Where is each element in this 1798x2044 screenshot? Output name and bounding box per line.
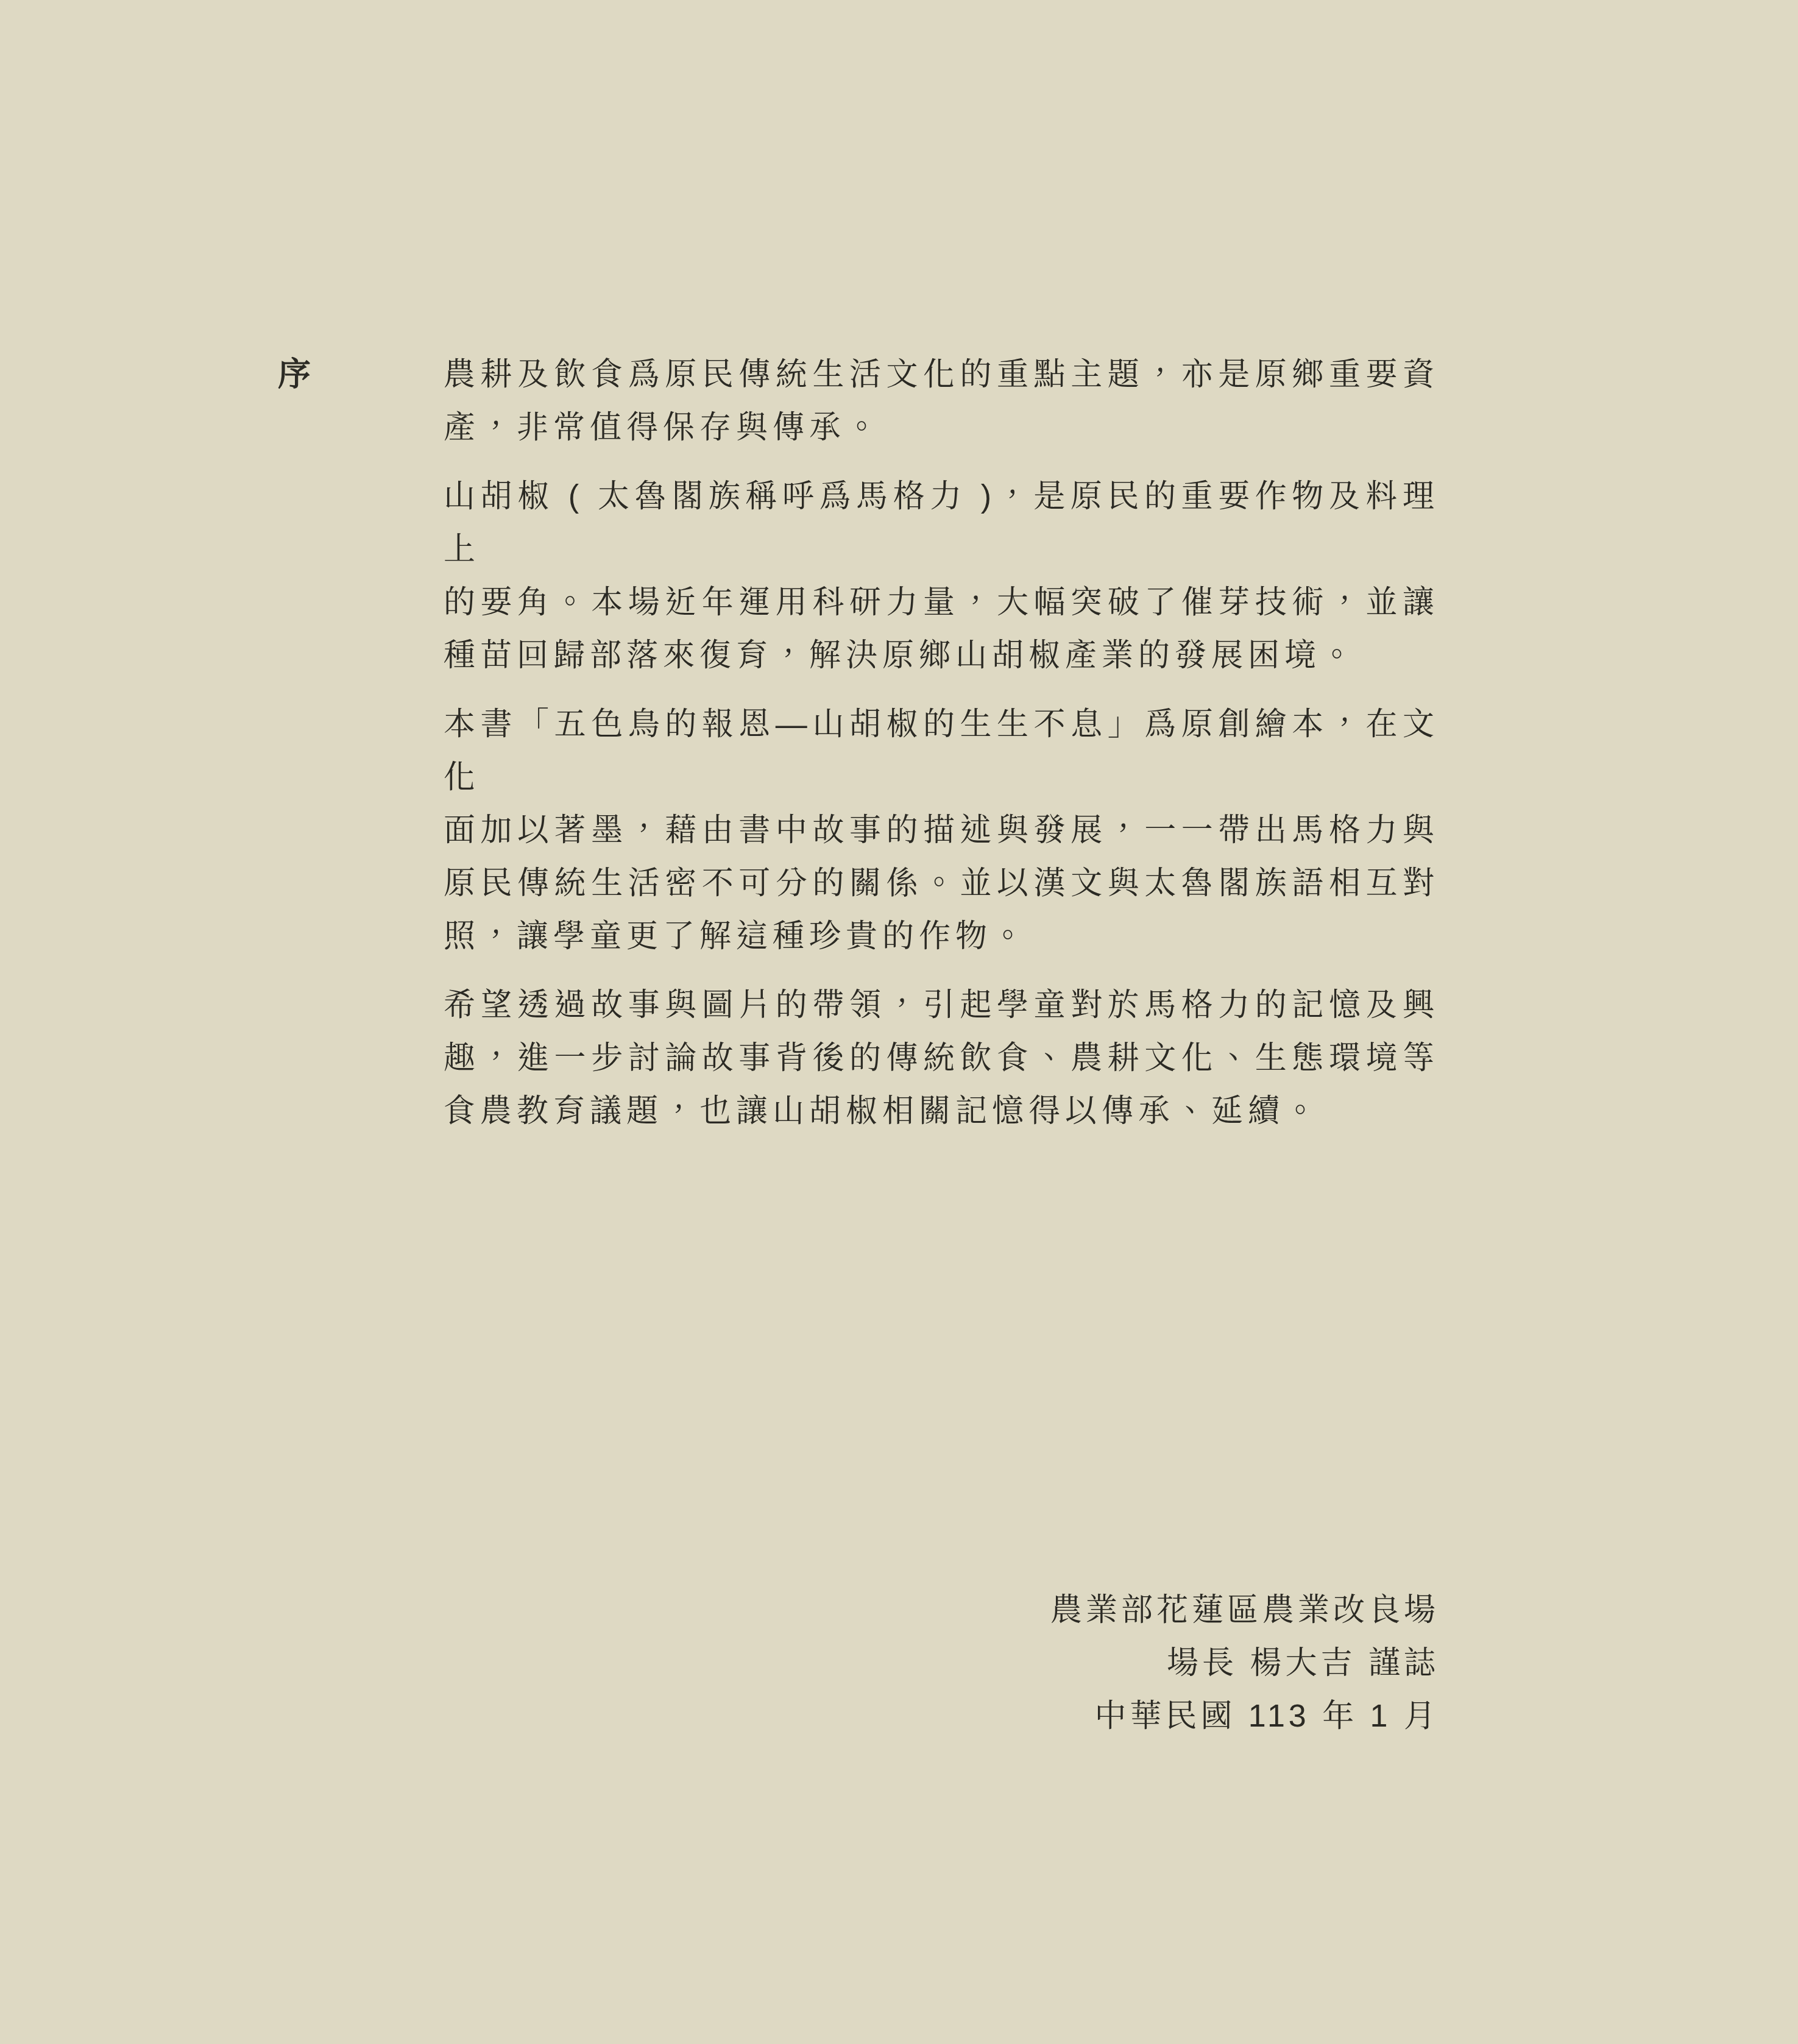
paragraph-line: 農耕及飲食爲原民傳統生活文化的重點主題，亦是原鄉重要資 — [444, 348, 1439, 401]
preface-heading: 序 — [278, 348, 314, 401]
preface-page: 序 農耕及飲食爲原民傳統生活文化的重點主題，亦是原鄉重要資 產，非常值得保存與傳… — [0, 0, 1798, 2044]
paragraph-3: 本書「五色鳥的報恩—山胡椒的生生不息」爲原創繪本，在文化 面加以著墨，藉由書中故… — [444, 698, 1439, 963]
signature-block: 農業部花蓮區農業改良場 場長 楊大吉 謹誌 中華民國 113 年 1 月 — [444, 1584, 1439, 1743]
paragraph-line: 希望透過故事與圖片的帶領，引起學童對於馬格力的記憶及興 — [444, 979, 1439, 1032]
paragraph-line: 種苗回歸部落來復育，解決原鄉山胡椒產業的發展困境。 — [444, 629, 1439, 682]
paragraph-line: 食農教育議題，也讓山胡椒相關記憶得以傳承、延續。 — [444, 1085, 1439, 1138]
signature-name: 場長 楊大吉 謹誌 — [444, 1637, 1439, 1690]
paragraph-line: 趣，進一步討論故事背後的傳統飲食、農耕文化、生態環境等 — [444, 1032, 1439, 1085]
preface-body: 農耕及飲食爲原民傳統生活文化的重點主題，亦是原鄉重要資 產，非常值得保存與傳承。… — [444, 348, 1439, 1138]
paragraph-line: 山胡椒 ( 太魯閣族稱呼爲馬格力 )，是原民的重要作物及料理上 — [444, 470, 1439, 576]
paragraph-line: 的要角。本場近年運用科研力量，大幅突破了催芽技術，並讓 — [444, 576, 1439, 629]
paragraph-line: 原民傳統生活密不可分的關係。並以漢文與太魯閣族語相互對 — [444, 857, 1439, 910]
paragraph-line: 照，讓學童更了解這種珍貴的作物。 — [444, 910, 1439, 963]
paragraph-line: 產，非常值得保存與傳承。 — [444, 401, 1439, 454]
signature-organization: 農業部花蓮區農業改良場 — [444, 1584, 1439, 1637]
paragraph-1: 農耕及飲食爲原民傳統生活文化的重點主題，亦是原鄉重要資 產，非常值得保存與傳承。 — [444, 348, 1439, 454]
paragraph-2: 山胡椒 ( 太魯閣族稱呼爲馬格力 )，是原民的重要作物及料理上 的要角。本場近年… — [444, 470, 1439, 682]
paragraph-4: 希望透過故事與圖片的帶領，引起學童對於馬格力的記憶及興 趣，進一步討論故事背後的… — [444, 979, 1439, 1138]
paragraph-line: 本書「五色鳥的報恩—山胡椒的生生不息」爲原創繪本，在文化 — [444, 698, 1439, 804]
paragraph-line: 面加以著墨，藉由書中故事的描述與發展，一一帶出馬格力與 — [444, 804, 1439, 857]
signature-date: 中華民國 113 年 1 月 — [444, 1690, 1439, 1743]
